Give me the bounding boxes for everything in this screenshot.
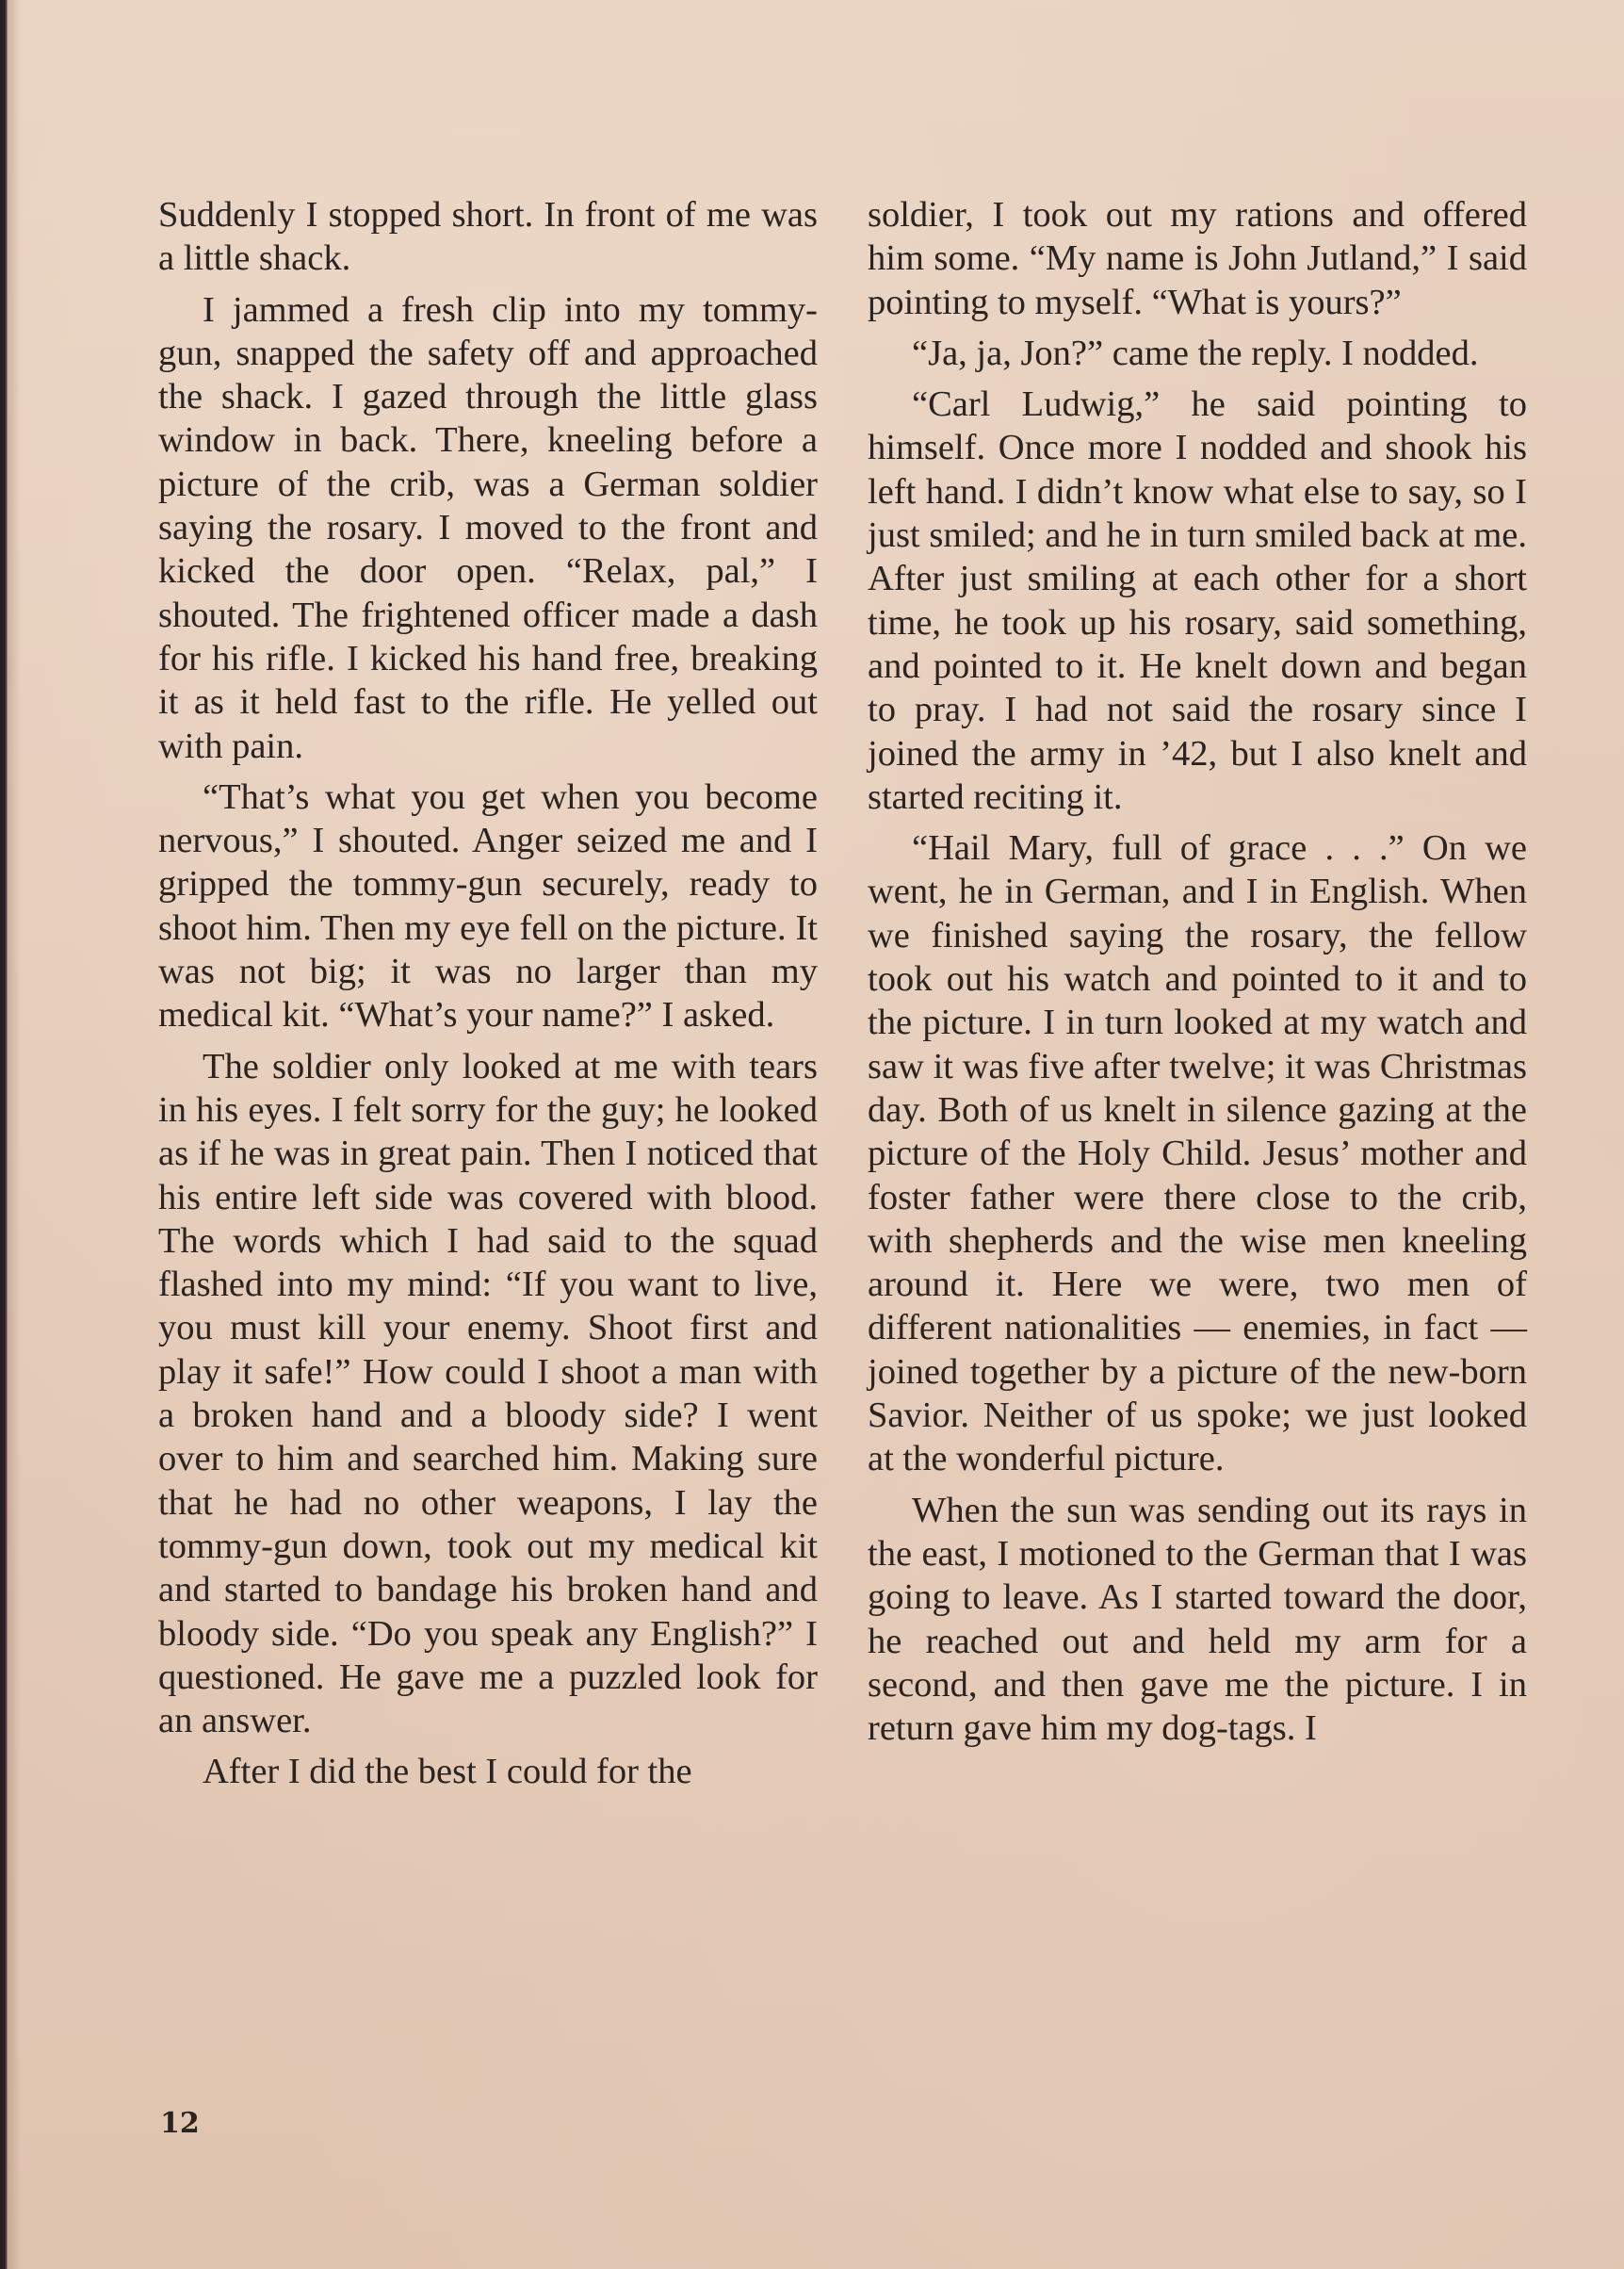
- paragraph: soldier, I took out my rations and offer…: [868, 193, 1527, 324]
- paragraph: After I did the best I could for the: [158, 1750, 818, 1793]
- right-text-column: soldier, I took out my rations and offer…: [868, 193, 1527, 1750]
- paragraph: The soldier only looked at me with tears…: [158, 1045, 818, 1743]
- paragraph: When the sun was sending out its rays in…: [868, 1489, 1527, 1751]
- paragraph: “Ja, ja, Jon?” came the reply. I nodded.: [868, 332, 1527, 375]
- paragraph: Suddenly I stopped short. In front of me…: [158, 193, 818, 281]
- book-spine-edge: [0, 0, 8, 2269]
- paragraph: “That’s what you get when you become ner…: [158, 775, 818, 1037]
- gutter-shadow: [8, 0, 21, 2269]
- paragraph: “Carl Ludwig,” he said pointing to himse…: [868, 383, 1527, 819]
- left-text-column: Suddenly I stopped short. In front of me…: [158, 193, 818, 1794]
- page-number: 12: [160, 2107, 200, 2140]
- paragraph: “Hail Mary, full of grace . . .” On we w…: [868, 826, 1527, 1480]
- paragraph: I jammed a fresh clip into my tommy-gun,…: [158, 288, 818, 768]
